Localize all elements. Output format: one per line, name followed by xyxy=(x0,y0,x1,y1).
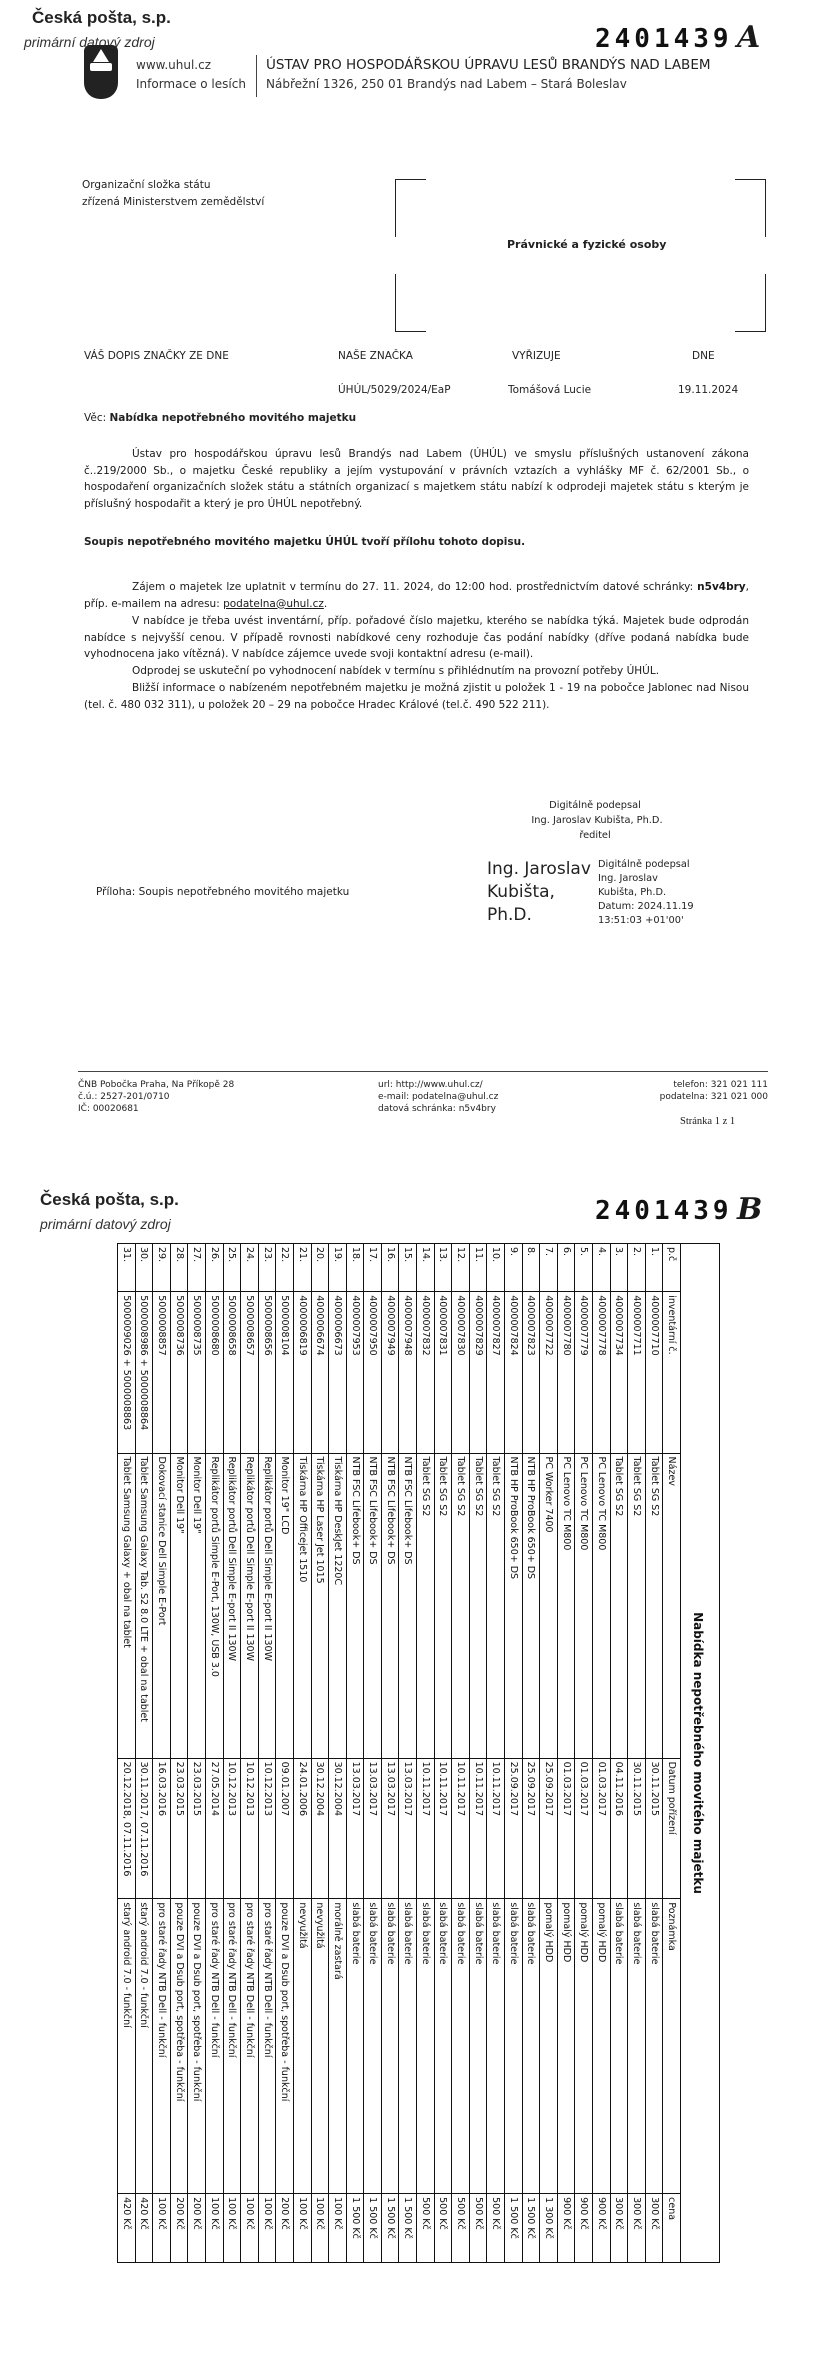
cell-name: Tablet SG S2 xyxy=(645,1453,663,1758)
cell-date: 13.03.2017 xyxy=(381,1758,399,1899)
ref-label-our-ref: NAŠE ZNAČKA xyxy=(338,350,413,362)
cell-inventory: 5000008657 xyxy=(241,1292,259,1453)
table-row: 10.4000007827Tablet SG S210.11.2017slabá… xyxy=(487,1244,505,2263)
cell-name: Tablet SG S2 xyxy=(434,1453,452,1758)
cell-note: slabá baterie xyxy=(364,1899,382,2194)
table-header-row: p.č inventární č. Název Datum pořízení P… xyxy=(663,1244,681,2263)
cell-price: 900 Kč xyxy=(593,2194,611,2263)
table-row: 16.4000007949NTB FSC Lifebook+ DS13.03.2… xyxy=(381,1244,399,2263)
cell-date: 20.12.2018, 07.11.2016 xyxy=(118,1758,136,1899)
header-price: cena xyxy=(663,2194,681,2263)
table-row: 23.5000008656Replikátor portů Dell Simpl… xyxy=(258,1244,276,2263)
cell-date: 10.11.2017 xyxy=(417,1758,435,1899)
cell-no: 29. xyxy=(153,1244,171,1292)
cell-no: 26. xyxy=(205,1244,223,1292)
cell-inventory: 4000007779 xyxy=(575,1292,593,1453)
post-stamp-company: Česká pošta, s.p. xyxy=(32,8,171,28)
cell-inventory: 4000007711 xyxy=(628,1292,646,1453)
cell-price: 1 500 Kč xyxy=(364,2194,382,2263)
cell-price: 500 Kč xyxy=(452,2194,470,2263)
cell-date: 23.03.2015 xyxy=(188,1758,206,1899)
cell-price: 900 Kč xyxy=(557,2194,575,2263)
cell-note: pomalý HDD xyxy=(575,1899,593,2194)
cell-date: 09.01.2007 xyxy=(276,1758,294,1899)
cell-name: PC Worker 7400 xyxy=(540,1453,558,1758)
cell-name: Monitor Dell 19" xyxy=(188,1453,206,1758)
cell-note: slabá baterie xyxy=(505,1899,523,2194)
signature-caption-3: ředitel xyxy=(525,830,665,841)
cell-note: nevyužitá xyxy=(311,1899,329,2194)
cell-no: 7. xyxy=(540,1244,558,1292)
cell-note: morálně zastará xyxy=(329,1899,347,2194)
cell-price: 900 Kč xyxy=(575,2194,593,2263)
table-row: 2.4000007711Tablet SG S230.11.2015slabá … xyxy=(628,1244,646,2263)
footer-phone: telefon: 321 021 111podatelna: 321 021 0… xyxy=(600,1079,768,1103)
cell-inventory: 4000007830 xyxy=(452,1292,470,1453)
table-row: 6.4000007780PC Lenovo TC M80001.03.2017p… xyxy=(557,1244,575,2263)
cell-note: slabá baterie xyxy=(381,1899,399,2194)
table-row: 15.4000007948NTB FSC Lifebook+ DS13.03.2… xyxy=(399,1244,417,2263)
cell-note: slabá baterie xyxy=(346,1899,364,2194)
cell-price: 100 Kč xyxy=(258,2194,276,2263)
sender-note-line1: Organizační složka státu xyxy=(82,179,210,191)
cell-inventory: 5000009026 + 5000008863 xyxy=(118,1292,136,1453)
table-row: 5.4000007779PC Lenovo TC M80001.03.2017p… xyxy=(575,1244,593,2263)
table-row: 28.5000008736Monitor Dell 19"23.03.2015p… xyxy=(170,1244,188,2263)
cell-inventory: 4000007950 xyxy=(364,1292,382,1453)
cell-price: 1 500 Kč xyxy=(381,2194,399,2263)
cell-no: 25. xyxy=(223,1244,241,1292)
cell-price: 100 Kč xyxy=(205,2194,223,2263)
cell-price: 420 Kč xyxy=(118,2194,136,2263)
cell-inventory: 5000008736 xyxy=(170,1292,188,1453)
signature-caption-2: Ing. Jaroslav Kubišta, Ph.D. xyxy=(492,815,702,826)
cell-price: 300 Kč xyxy=(645,2194,663,2263)
table-row: 9.4000007824NTB HP ProBook 650+ DS25.09.… xyxy=(505,1244,523,2263)
cell-note: slabá baterie xyxy=(487,1899,505,2194)
digital-signature-details: Digitálně podepsal Ing. Jaroslav Kubišta… xyxy=(598,858,694,928)
cell-inventory: 4000007827 xyxy=(487,1292,505,1453)
table-title: Nabídka nepotřebného movitého majetku xyxy=(681,1243,720,2263)
cell-name: Tablet Samsung Galaxy + obal na tablet xyxy=(118,1453,136,1758)
attachment-note: Soupis nepotřebného movitého majetku ÚHÚ… xyxy=(84,536,525,548)
table-row: 20.4000006674Tiskárna HP Laser Jet 10153… xyxy=(311,1244,329,2263)
email-link[interactable]: podatelna@uhul.cz xyxy=(223,598,324,610)
cell-no: 10. xyxy=(487,1244,505,1292)
cell-no: 20. xyxy=(311,1244,329,1292)
cell-no: 28. xyxy=(170,1244,188,1292)
cell-inventory: 4000007722 xyxy=(540,1292,558,1453)
cell-no: 13. xyxy=(434,1244,452,1292)
cell-inventory: 4000007780 xyxy=(557,1292,575,1453)
table-row: 21.4000006819Tiskárna HP Officejet 15102… xyxy=(293,1244,311,2263)
cell-note: slabá baterie xyxy=(610,1899,628,2194)
table-row: 26.5000008680Replikátor portů Simple E-P… xyxy=(205,1244,223,2263)
institution-address: Nábřežní 1326, 250 01 Brandýs nad Labem … xyxy=(266,77,627,91)
cell-inventory: 4000006674 xyxy=(311,1292,329,1453)
ref-label-your-letter: VÁŠ DOPIS ZNAČKY ZE DNE xyxy=(84,350,229,362)
cell-date: 10.11.2017 xyxy=(469,1758,487,1899)
cell-inventory: 5000008658 xyxy=(223,1292,241,1453)
page-number: Stránka 1 z 1 xyxy=(680,1116,735,1127)
ref-label-handled-by: VYŘIZUJE xyxy=(512,350,561,362)
cell-inventory: 4000006673 xyxy=(329,1292,347,1453)
cell-price: 500 Kč xyxy=(434,2194,452,2263)
cell-note: slabá baterie xyxy=(417,1899,435,2194)
cell-note: starý android 7.0 - funkční xyxy=(135,1899,153,2194)
stamp-number: 2401439 xyxy=(595,24,733,54)
ref-our-ref: ÚHÚL/5029/2024/EaP xyxy=(338,384,451,396)
cell-name: NTB HP ProBook 650+ DS xyxy=(522,1453,540,1758)
cell-name: Replikátor portů Simple E-Port, 130W, US… xyxy=(205,1453,223,1758)
cell-date: 01.03.2017 xyxy=(593,1758,611,1899)
subject-label: Věc: xyxy=(84,412,109,424)
cell-date: 04.11.2016 xyxy=(610,1758,628,1899)
cell-price: 300 Kč xyxy=(628,2194,646,2263)
table-row: 11.4000007829Tablet SG S210.11.2017slabá… xyxy=(469,1244,487,2263)
recipient: Právnické a fyzické osoby xyxy=(507,238,666,251)
cell-name: NTB FSC Lifebook+ DS xyxy=(399,1453,417,1758)
footer-divider xyxy=(78,1071,768,1072)
cell-name: Tablet Samsung Galaxy Tab. S2 8.0 LTE + … xyxy=(135,1453,153,1758)
paragraph-4: Odprodej se uskuteční po vyhodnocení nab… xyxy=(84,663,749,680)
cell-date: 23.03.2015 xyxy=(170,1758,188,1899)
cell-inventory: 4000007953 xyxy=(346,1292,364,1453)
cell-price: 500 Kč xyxy=(469,2194,487,2263)
cell-date: 30.12.2004 xyxy=(311,1758,329,1899)
cell-inventory: 4000007823 xyxy=(522,1292,540,1453)
cell-no: 1. xyxy=(645,1244,663,1292)
cell-name: NTB FSC Lifebook+ DS xyxy=(381,1453,399,1758)
table-row: 27.5000008735Monitor Dell 19"23.03.2015p… xyxy=(188,1244,206,2263)
cell-note: slabá baterie xyxy=(522,1899,540,2194)
table-row: 8.4000007823NTB HP ProBook 650+ DS25.09.… xyxy=(522,1244,540,2263)
cell-no: 6. xyxy=(557,1244,575,1292)
subject-line: Věc: Nabídka nepotřebného movitého majet… xyxy=(84,412,356,424)
cell-no: 8. xyxy=(522,1244,540,1292)
cell-note: pro staré řady NTB Dell - funkční xyxy=(153,1899,171,2194)
cell-date: 30.11.2017, 07.11.2016 xyxy=(135,1758,153,1899)
cell-no: 31. xyxy=(118,1244,136,1292)
cell-name: Tablet SG S2 xyxy=(452,1453,470,1758)
stamp-letter: A xyxy=(737,20,760,55)
cell-date: 10.12.2013 xyxy=(223,1758,241,1899)
cell-price: 200 Kč xyxy=(170,2194,188,2263)
cell-date: 24.01.2006 xyxy=(293,1758,311,1899)
cell-note: starý android 7.0 - funkční xyxy=(118,1899,136,2194)
cell-price: 500 Kč xyxy=(487,2194,505,2263)
table-row: 18.4000007953NTB FSC Lifebook+ DS13.03.2… xyxy=(346,1244,364,2263)
table-row: 19.4000006673Tiskárna HP DeskJet 1220C30… xyxy=(329,1244,347,2263)
cell-no: 21. xyxy=(293,1244,311,1292)
cell-name: PC Lenovo TC M800 xyxy=(593,1453,611,1758)
cell-date: 25.09.2017 xyxy=(522,1758,540,1899)
asset-table: Nabídka nepotřebného movitého majetku p.… xyxy=(117,1243,720,2263)
cell-name: Tiskárna HP Laser Jet 1015 xyxy=(311,1453,329,1758)
cell-price: 420 Kč xyxy=(135,2194,153,2263)
cell-no: 24. xyxy=(241,1244,259,1292)
cell-name: NTB HP ProBook 650+ DS xyxy=(505,1453,523,1758)
cell-date: 16.03.2016 xyxy=(153,1758,171,1899)
cell-inventory: 5000008857 xyxy=(153,1292,171,1453)
cell-date: 01.03.2017 xyxy=(575,1758,593,1899)
cell-inventory: 5000008656 xyxy=(258,1292,276,1453)
cell-price: 1 300 Kč xyxy=(540,2194,558,2263)
cell-note: pouze DVI a Dsub port, spotřeba - funkčn… xyxy=(188,1899,206,2194)
cell-name: NTB FSC Lifebook+ DS xyxy=(364,1453,382,1758)
cell-inventory: 4000007948 xyxy=(399,1292,417,1453)
stamp-number-a: 2401439 A xyxy=(595,20,760,55)
cell-price: 100 Kč xyxy=(223,2194,241,2263)
cell-no: 19. xyxy=(329,1244,347,1292)
cell-no: 16. xyxy=(381,1244,399,1292)
cell-name: Monitor 19" LCD xyxy=(276,1453,294,1758)
table-row: 7.4000007722PC Worker 740025.09.2017poma… xyxy=(540,1244,558,2263)
cell-date: 13.03.2017 xyxy=(364,1758,382,1899)
cell-no: 3. xyxy=(610,1244,628,1292)
cell-no: 5. xyxy=(575,1244,593,1292)
cell-note: pro staré řady NTB Dell - funkční xyxy=(241,1899,259,2194)
table-row: 12.4000007830Tablet SG S210.11.2017slabá… xyxy=(452,1244,470,2263)
cell-date: 30.11.2015 xyxy=(628,1758,646,1899)
cell-no: 27. xyxy=(188,1244,206,1292)
cell-name: PC Lenovo TC M800 xyxy=(557,1453,575,1758)
logo-web: www.uhul.cz xyxy=(136,58,211,72)
cell-inventory: 4000006819 xyxy=(293,1292,311,1453)
header-no: p.č xyxy=(663,1244,681,1292)
cell-name: Tablet SG S2 xyxy=(487,1453,505,1758)
header-divider xyxy=(256,55,257,97)
cell-price: 100 Kč xyxy=(329,2194,347,2263)
asset-table-rotated: Nabídka nepotřebného movitého majetku p.… xyxy=(150,1243,720,2263)
cell-note: slabá baterie xyxy=(434,1899,452,2194)
cell-date: 10.12.2013 xyxy=(241,1758,259,1899)
cell-inventory: 5000008680 xyxy=(205,1292,223,1453)
cell-no: 22. xyxy=(276,1244,294,1292)
cell-date: 01.03.2017 xyxy=(557,1758,575,1899)
cell-no: 18. xyxy=(346,1244,364,1292)
cell-inventory: 4000007831 xyxy=(434,1292,452,1453)
cell-note: slabá baterie xyxy=(452,1899,470,2194)
cell-note: pomalý HDD xyxy=(557,1899,575,2194)
ref-handled-by: Tomášová Lucie xyxy=(508,384,591,396)
cell-no: 12. xyxy=(452,1244,470,1292)
cell-date: 25.09.2017 xyxy=(505,1758,523,1899)
cell-inventory: 4000007734 xyxy=(610,1292,628,1453)
cell-price: 500 Kč xyxy=(417,2194,435,2263)
signature-caption-1: Digitálně podepsal xyxy=(525,800,665,811)
header-date: Datum pořízení xyxy=(663,1758,681,1899)
attachment-label: Příloha: Soupis nepotřebného movitého ma… xyxy=(96,886,349,898)
cell-inventory: 4000007710 xyxy=(645,1292,663,1453)
cell-price: 100 Kč xyxy=(311,2194,329,2263)
cell-date: 13.03.2017 xyxy=(399,1758,417,1899)
cell-no: 30. xyxy=(135,1244,153,1292)
cell-inventory: 4000007949 xyxy=(381,1292,399,1453)
cell-date: 10.11.2017 xyxy=(434,1758,452,1899)
cell-name: Tablet SG S2 xyxy=(628,1453,646,1758)
post-stamp-subtitle-b: primární datový zdroj xyxy=(40,1216,171,1232)
header-inventory: inventární č. xyxy=(663,1292,681,1453)
paragraph-2: Zájem o majetek lze uplatnit v termínu d… xyxy=(84,579,749,612)
cell-price: 1 500 Kč xyxy=(399,2194,417,2263)
cell-name: Replikátor portů Dell Simple E-port II 1… xyxy=(258,1453,276,1758)
table-row: 4.4000007778PC Lenovo TC M80001.03.2017p… xyxy=(593,1244,611,2263)
cell-inventory: 5000008735 xyxy=(188,1292,206,1453)
uhul-logo-icon xyxy=(84,45,118,99)
cell-date: 10.11.2017 xyxy=(487,1758,505,1899)
table-row: 13.4000007831Tablet SG S210.11.2017slabá… xyxy=(434,1244,452,2263)
paragraph-1: Ústav pro hospodářskou úpravu lesů Brand… xyxy=(84,446,749,512)
cell-price: 300 Kč xyxy=(610,2194,628,2263)
header-note: Poznámka xyxy=(663,1899,681,2194)
cell-name: Tablet SG S2 xyxy=(469,1453,487,1758)
ref-label-date: DNE xyxy=(692,350,715,362)
cell-name: Tablet SG S2 xyxy=(610,1453,628,1758)
cell-inventory: 4000007829 xyxy=(469,1292,487,1453)
table-row: 25.5000008658Replikátor portů Dell Simpl… xyxy=(223,1244,241,2263)
cell-name: Replikátor portů Dell Simple E-port II 1… xyxy=(241,1453,259,1758)
cell-no: 14. xyxy=(417,1244,435,1292)
digital-signature-name: Ing. Jaroslav Kubišta, Ph.D. xyxy=(487,858,591,927)
cell-name: PC Lenovo TC M800 xyxy=(575,1453,593,1758)
table-row: 14.4000007832Tablet SG S210.11.2017slabá… xyxy=(417,1244,435,2263)
cell-note: slabá baterie xyxy=(469,1899,487,2194)
cell-name: Tiskárna HP DeskJet 1220C xyxy=(329,1453,347,1758)
cell-price: 1 500 Kč xyxy=(522,2194,540,2263)
cell-note: pro staré řady NTB Dell - funkční xyxy=(205,1899,223,2194)
table-row: 29.5000008857Dokovací stanice Dell Simpl… xyxy=(153,1244,171,2263)
cell-price: 1 500 Kč xyxy=(505,2194,523,2263)
table-row: 3.4000007734Tablet SG S204.11.2016slabá … xyxy=(610,1244,628,2263)
cell-note: pro staré řady NTB Dell - funkční xyxy=(258,1899,276,2194)
cell-name: Tiskárna HP Officejet 1510 xyxy=(293,1453,311,1758)
ref-date: 19.11.2024 xyxy=(678,384,738,396)
cell-date: 30.11.2015 xyxy=(645,1758,663,1899)
table-row: 31.5000009026 + 5000008863Tablet Samsung… xyxy=(118,1244,136,2263)
cell-date: 10.11.2017 xyxy=(452,1758,470,1899)
cell-date: 27.05.2014 xyxy=(205,1758,223,1899)
cell-no: 2. xyxy=(628,1244,646,1292)
cell-no: 9. xyxy=(505,1244,523,1292)
cell-date: 13.03.2017 xyxy=(346,1758,364,1899)
cell-name: Monitor Dell 19" xyxy=(170,1453,188,1758)
cell-inventory: 5000008986 + 5000008864 xyxy=(135,1292,153,1453)
table-row: 22.5000008104Monitor 19" LCD09.01.2007po… xyxy=(276,1244,294,2263)
institution-name: ÚSTAV PRO HOSPODÁŘSKOU ÚPRAVU LESŮ BRAND… xyxy=(266,57,711,73)
cell-note: pouze DVI a Dsub port, spotřeba - funkčn… xyxy=(170,1899,188,2194)
cell-price: 100 Kč xyxy=(241,2194,259,2263)
cell-name: NTB FSC Lifebook+ DS xyxy=(346,1453,364,1758)
footer-bank: ČNB Pobočka Praha, Na Příkopě 28č.ú.: 25… xyxy=(78,1079,234,1115)
table-row: 30.5000008986 + 5000008864Tablet Samsung… xyxy=(135,1244,153,2263)
table-row: 24.5000008657Replikátor portů Dell Simpl… xyxy=(241,1244,259,2263)
paragraph-3: V nabídce je třeba uvést inventární, pří… xyxy=(84,613,749,663)
cell-price: 100 Kč xyxy=(293,2194,311,2263)
paragraph-5: Bližší informace o nabízeném nepotřebném… xyxy=(84,680,749,713)
post-stamp-company-b: Česká pošta, s.p. xyxy=(40,1190,179,1210)
cell-price: 200 Kč xyxy=(188,2194,206,2263)
cell-date: 25.09.2017 xyxy=(540,1758,558,1899)
stamp-number-b: 2401439 B xyxy=(595,1192,762,1227)
cell-note: slabá baterie xyxy=(628,1899,646,2194)
cell-name: Tablet SG S2 xyxy=(417,1453,435,1758)
cell-price: 100 Kč xyxy=(153,2194,171,2263)
cell-date: 30.12.2004 xyxy=(329,1758,347,1899)
cell-note: pouze DVI a Dsub port, spotřeba - funkčn… xyxy=(276,1899,294,2194)
cell-inventory: 4000007824 xyxy=(505,1292,523,1453)
cell-note: pro staré řady NTB Dell - funkční xyxy=(223,1899,241,2194)
table-row: 17.4000007950NTB FSC Lifebook+ DS13.03.2… xyxy=(364,1244,382,2263)
cell-no: 11. xyxy=(469,1244,487,1292)
table-row: 1.4000007710Tablet SG S230.11.2015slabá … xyxy=(645,1244,663,2263)
cell-inventory: 4000007778 xyxy=(593,1292,611,1453)
cell-price: 1 500 Kč xyxy=(346,2194,364,2263)
cell-no: 23. xyxy=(258,1244,276,1292)
cell-note: slabá baterie xyxy=(399,1899,417,2194)
subject-text: Nabídka nepotřebného movitého majetku xyxy=(109,412,356,424)
cell-note: pomalý HDD xyxy=(593,1899,611,2194)
cell-no: 4. xyxy=(593,1244,611,1292)
cell-date: 10.12.2013 xyxy=(258,1758,276,1899)
cell-note: pomalý HDD xyxy=(540,1899,558,2194)
cell-note: nevyužitá xyxy=(293,1899,311,2194)
cell-inventory: 4000007832 xyxy=(417,1292,435,1453)
databox-id: n5v4bry xyxy=(697,581,745,593)
cell-no: 15. xyxy=(399,1244,417,1292)
sender-note-line2: zřízená Ministerstvem zemědělství xyxy=(82,196,264,208)
header-name: Název xyxy=(663,1453,681,1758)
cell-name: Dokovací stanice Dell Simple E-Port xyxy=(153,1453,171,1758)
logo-tagline: Informace o lesích xyxy=(136,77,246,91)
cell-price: 200 Kč xyxy=(276,2194,294,2263)
cell-name: Replikátor portů Dell Simple E-port II 1… xyxy=(223,1453,241,1758)
cell-no: 17. xyxy=(364,1244,382,1292)
cell-inventory: 5000008104 xyxy=(276,1292,294,1453)
footer-contact: url: http://www.uhul.cz/e-mail: podateln… xyxy=(378,1079,498,1115)
cell-note: slabá baterie xyxy=(645,1899,663,2194)
